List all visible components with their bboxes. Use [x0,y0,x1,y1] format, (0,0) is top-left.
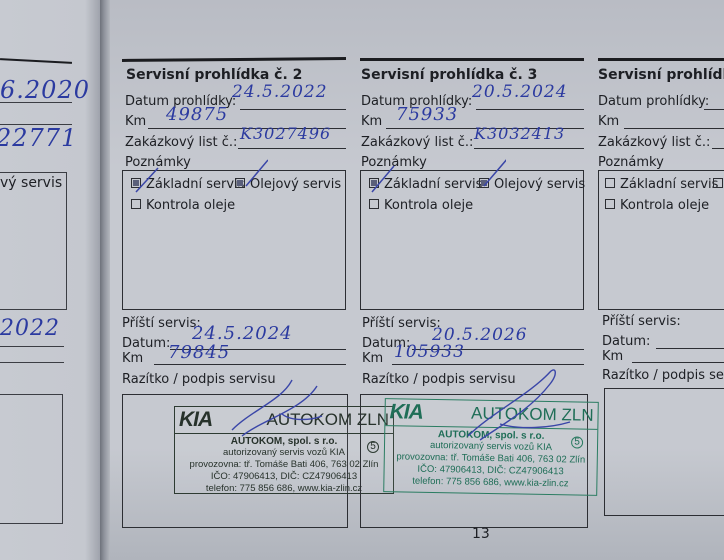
left-notes-fragment: vý servis [0,175,62,191]
datum-prohlidky-value: 24.5.2022 [232,82,328,102]
checkbox-kontrola-oleje[interactable]: Kontrola oleje [369,198,473,213]
label-zakazkovy-list: Zakázkový list č.: [125,135,237,150]
label-pristi-servis: Příští servis: [362,316,441,331]
section-title: Servisní prohlídka č. 4 [598,67,724,83]
section-top-rule [598,58,724,61]
zakazkovy-line [474,148,584,149]
pristi-km-value: 79845 [168,342,230,363]
datum-line [240,109,346,110]
section-title: Servisní prohlídka č. 3 [361,67,537,83]
stamp-line: telefon: 775 856 686, www.kia-zlin.cz [384,475,596,491]
checkbox-empty-icon [605,178,615,188]
label-datum-prohlidky: Datum prohlídky: [598,94,709,109]
zakazkovy-line [238,148,346,149]
label-km: Km [361,114,382,129]
pristi-km-line [154,364,346,365]
datum-prohlidky-value: 20.5.2024 [472,82,568,102]
label-km: Km [122,351,143,366]
checkbox-olejovy-servis[interactable] [713,177,724,192]
section-top-rule [360,58,584,61]
pristi-km-line[interactable] [632,362,724,363]
pristi-km-value: 105933 [394,342,465,362]
label-km: Km [602,349,623,364]
check-stroke-icon [366,154,506,194]
checkbox-label: Kontrola oleje [384,198,473,213]
zakazkovy-line[interactable] [712,148,724,149]
checkbox-label: Olejový servis [494,177,585,192]
checkbox-label: Základní servis [620,177,718,192]
service-section-3: Servisní prohlídka č. 3 Datum prohlídky:… [360,58,590,528]
kia-logo: KIA [179,408,212,432]
service-section-4: Servisní prohlídka č. 4 Datum prohlídky:… [598,58,724,528]
label-datum: Datum: [122,336,170,351]
label-poznamky: Poznámky [598,155,664,170]
kia-logo: KIA [389,400,423,425]
label-zakazkovy-list: Zakázkový list č.: [598,135,710,150]
left-stamp-box [0,394,63,524]
checkbox-label: Kontrola oleje [146,198,235,213]
signature-icon [222,370,332,440]
checkbox-kontrola-oleje[interactable]: Kontrola oleje [131,198,235,213]
left-next-date: 2022 [0,316,60,341]
km-line[interactable] [624,128,724,129]
check-stroke-icon [128,154,268,194]
km-value: 49875 [166,104,228,125]
checkbox-empty-icon [369,199,379,209]
checkbox-empty-icon [131,199,141,209]
label-km: Km [362,351,383,366]
datum-line [476,109,584,110]
checkbox-label: Kontrola oleje [620,198,709,213]
left-rule [0,102,72,103]
label-datum: Datum: [602,334,650,349]
zakazkovy-list-value: K3032413 [474,124,565,143]
zakazkovy-list-value: K3027496 [240,124,331,143]
datum-line[interactable] [704,109,724,110]
km-value: 75933 [396,104,458,125]
checkbox-empty-icon [605,199,615,209]
service-section-2: Servisní prohlídka č. 2 Datum prohlídky:… [122,58,352,528]
label-razitko: Razítko / podpis servisu [602,368,724,383]
checkbox-kontrola-oleje[interactable]: Kontrola oleje [605,198,709,213]
left-rule [0,362,64,363]
pristi-datum-line[interactable] [656,348,724,349]
section-title: Servisní prohlídka č. 2 [126,67,302,83]
section-top-rule [122,57,346,62]
label-km: Km [598,114,619,129]
page-number: 13 [472,526,490,542]
signature-icon [460,364,580,444]
pristi-datum-value: 24.5.2024 [192,323,293,344]
left-rule [0,346,64,347]
label-zakazkovy-list: Zakázkový list č.: [361,135,473,150]
book-spine [100,0,110,560]
stamp-box [604,388,724,516]
label-km: Km [125,114,146,129]
left-top-rule [0,58,72,64]
left-handwritten-order: 22771 [0,124,77,152]
label-pristi-servis: Příští servis: [602,314,681,329]
checkbox-empty-icon [713,178,723,188]
notes-box: Základní servis Kontrola oleje [598,170,724,310]
checkbox-zakladni-servis[interactable]: Základní servis [605,177,718,192]
label-pristi-servis: Příští servis: [122,316,201,331]
left-handwritten-date: 6.2020 [0,76,90,104]
left-notes-box [0,172,67,310]
left-page: 6.2020 22771 vý servis 2022 [0,0,100,560]
